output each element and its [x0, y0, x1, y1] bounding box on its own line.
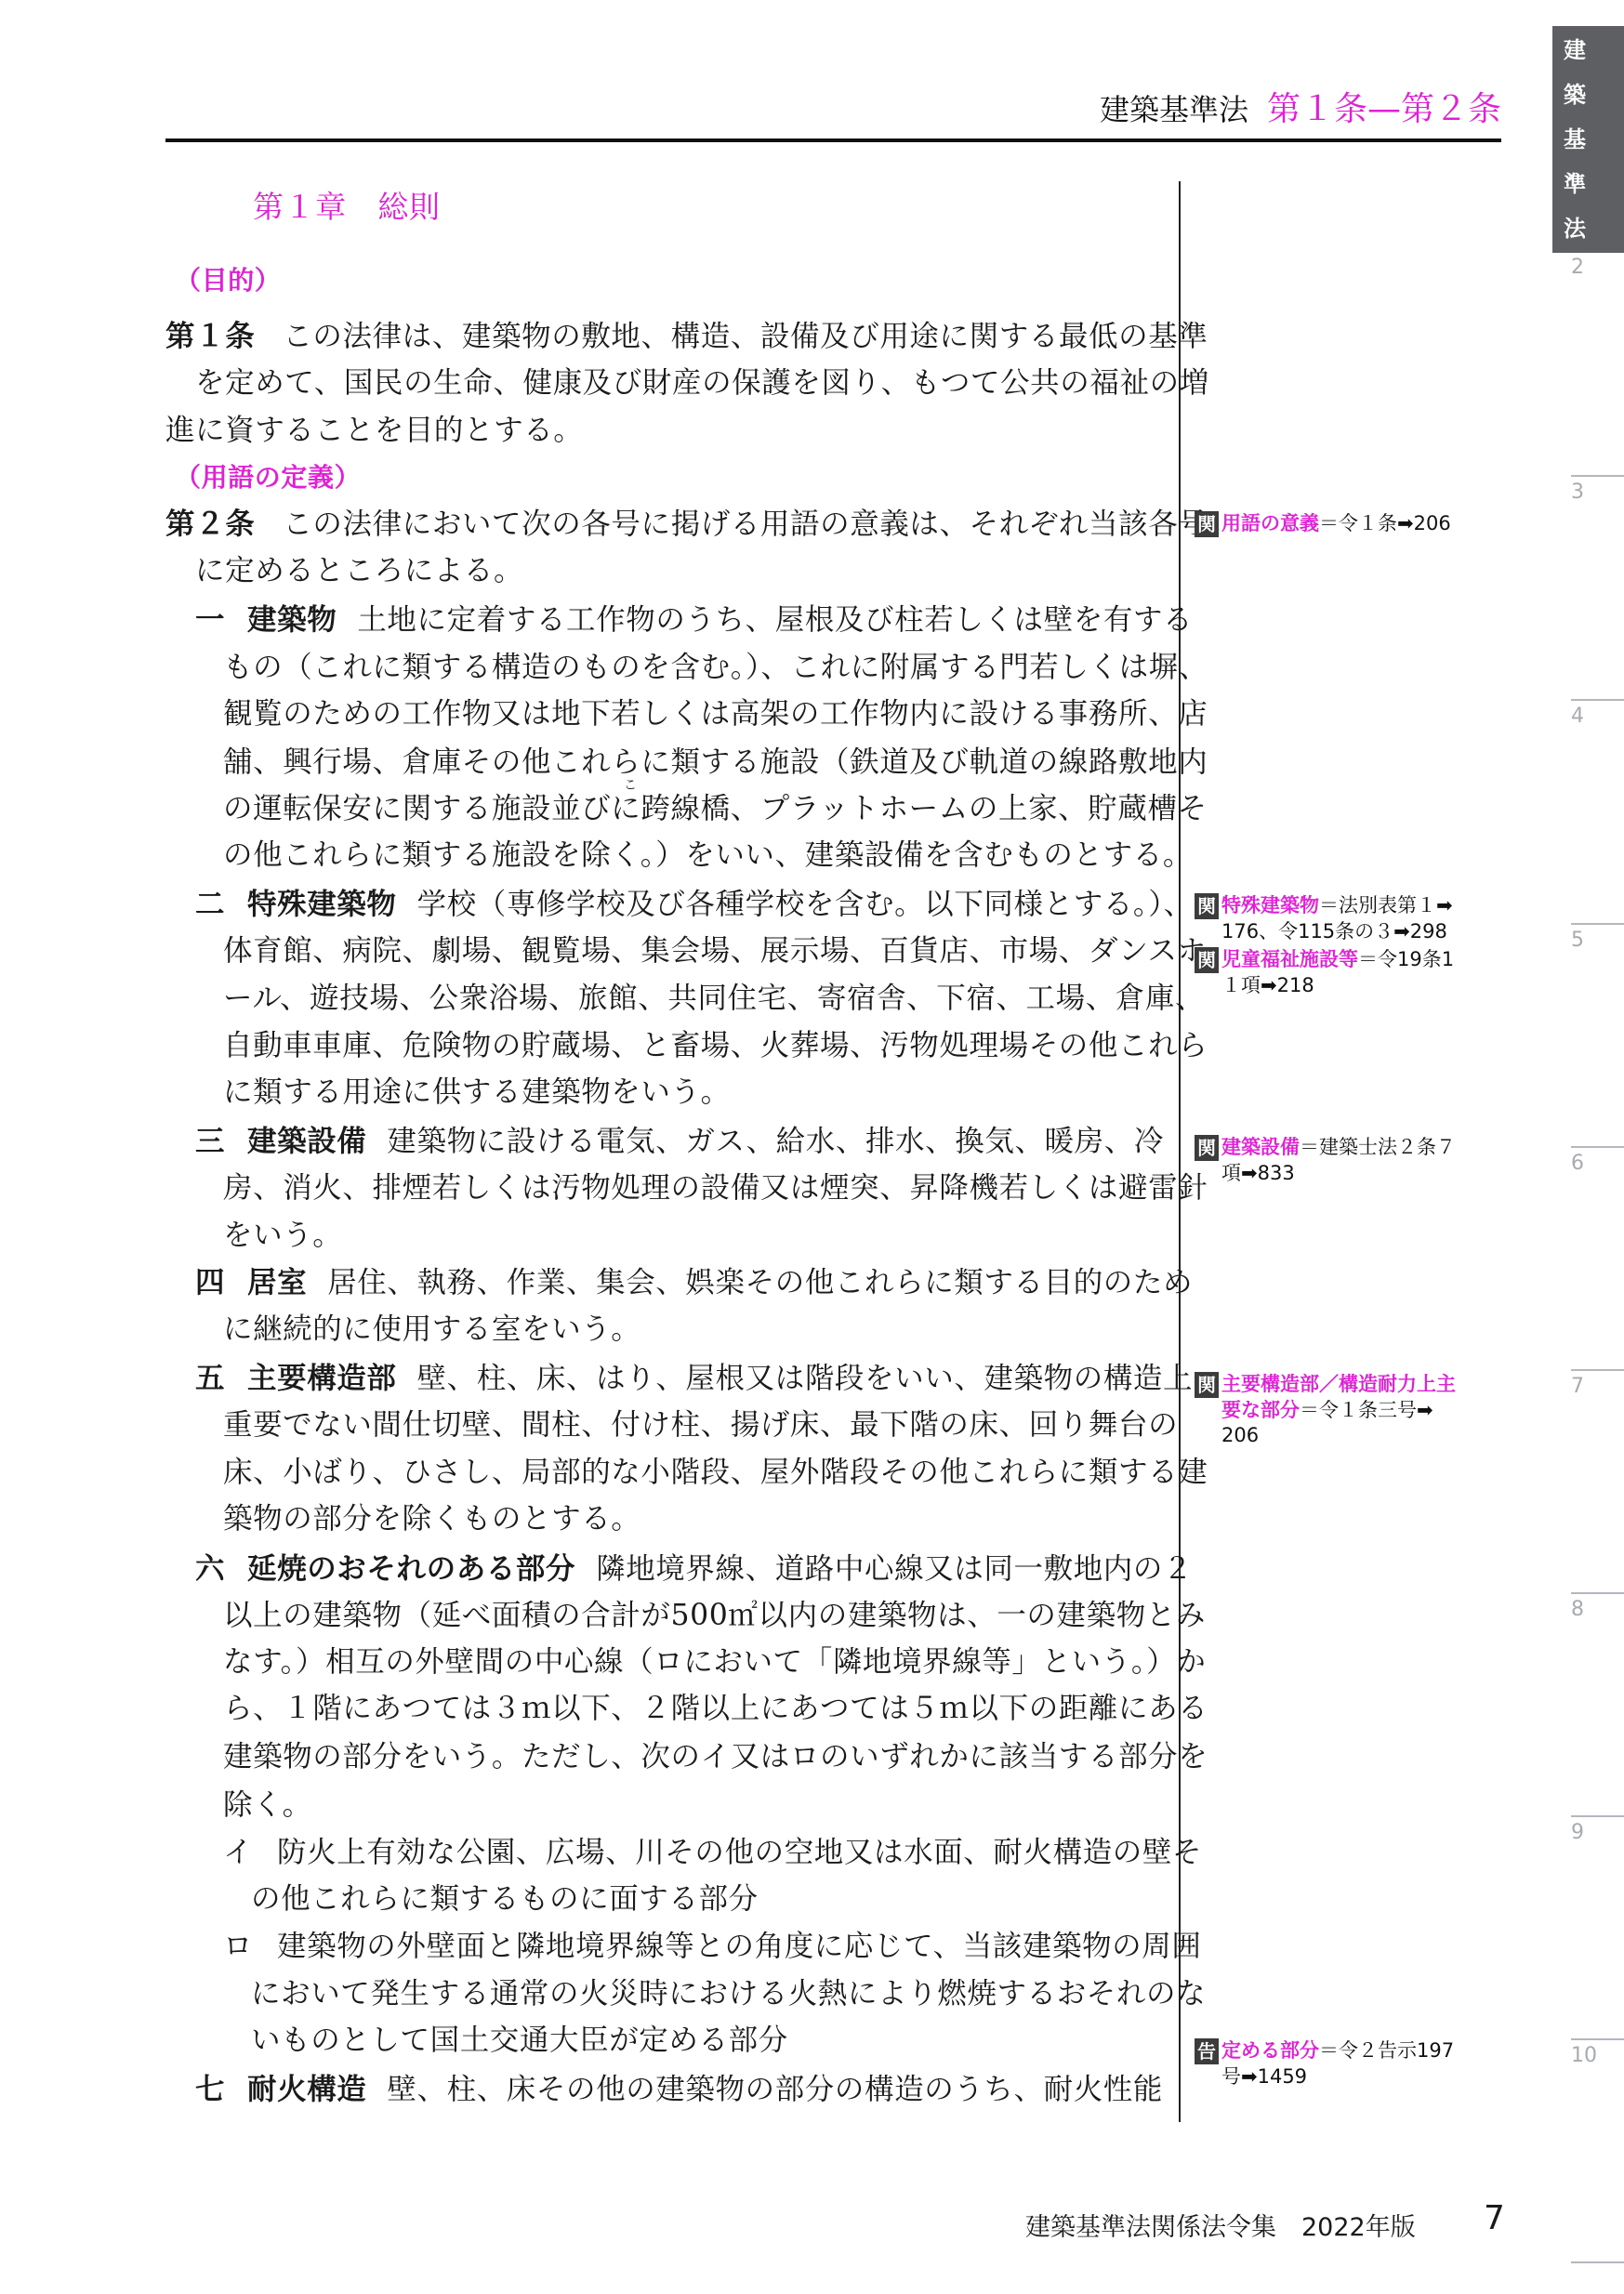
article-caption: （目的） — [175, 262, 281, 299]
margin-note: 関主要構造部／構造耐力上主 要な部分＝令１条三号➡ 206 — [1195, 1372, 1511, 1448]
thumb-index-number: 6 — [1571, 1153, 1584, 1175]
thumb-index-rule — [1571, 923, 1624, 925]
subitem-text: 建築物の外壁面と隣地境界線等との角度に応じて、当該建築物の周囲 — [277, 1930, 1201, 1963]
margin-note: 関児童福祉施設等＝令19条1 １項➡218 — [1195, 947, 1511, 998]
item-text: 学校（専修学校及び各種学校を含む。以下同様とする。）、 — [417, 888, 1194, 921]
thumb-index-rule — [1571, 475, 1624, 477]
item-number: 二 — [195, 886, 247, 923]
item-3-line: 房、消火、排煙若しくは汚物処理の設備又は煙突、昇降機若しくは避雷針 — [223, 1169, 1208, 1206]
thumb-index-rule — [1571, 1146, 1624, 1148]
item-1-line: 舗、興行場、倉庫その他これらに類する施設（鉄道及び軌道の線路敷地内 — [223, 744, 1208, 781]
note-key: 用語の意義 — [1221, 512, 1319, 534]
item-text: 土地に定着する工作物のうち、屋根及び柱若しくは壁を有する — [357, 603, 1193, 637]
item-term: 主要構造部 — [247, 1362, 397, 1395]
item-text: 壁、柱、床、はり、屋根又は階段をいい、建築物の構造上 — [417, 1362, 1194, 1395]
article-number: 第２条 — [165, 508, 255, 541]
related-badge-icon: 関 — [1195, 1135, 1219, 1161]
item-term: 延焼のおそれのある部分 — [247, 1552, 575, 1586]
notice-badge-icon: 告 — [1195, 2038, 1219, 2064]
item-text: 居住、執務、作業、集会、娯楽その他これらに類する目的のため — [327, 1266, 1193, 1299]
item-4-line: 四居室居住、執務、作業、集会、娯楽その他これらに類する目的のため — [195, 1264, 1193, 1301]
margin-note: 関特殊建築物＝法別表第１➡ 176、令115条の３➡298 — [1195, 893, 1511, 944]
chapter-title: 第１章 総則 — [253, 189, 441, 226]
article-1-line: 第１条この法律は、建築物の敷地、構造、設備及び用途に関する最低の基準 — [165, 318, 1208, 355]
item-number: 一 — [195, 601, 247, 639]
note-ref: 176、令115条の３➡298 — [1195, 919, 1511, 944]
footer-book-title: 建築基準法関係法令集 2022年版 — [1025, 2207, 1416, 2243]
subitem-ro-line: いものとして国土交通大臣が定める部分 — [251, 2022, 788, 2059]
item-2-line: に類する用途に供する建築物をいう。 — [223, 1074, 731, 1111]
related-badge-icon: 関 — [1195, 893, 1219, 919]
article-1-line: 進に資することを目的とする。 — [165, 412, 583, 449]
item-7-line: 七耐火構造壁、柱、床その他の建築物の部分の構造のうち、耐火性能 — [195, 2071, 1163, 2108]
note-ref: ＝建築士法２条７ — [1300, 1136, 1456, 1158]
item-5-line: 床、小ばり、ひさし、局部的な小階段、屋外階段その他これらに類する建 — [223, 1454, 1208, 1491]
subitem-number: ロ — [223, 1928, 251, 1965]
note-key: 特殊建築物 — [1221, 894, 1319, 916]
subitem-text: 防火上有効な公園、広場、川その他の空地又は水面、耐火構造の壁そ — [277, 1836, 1202, 1869]
article-caption: （用語の定義） — [175, 459, 361, 496]
item-2-line: 体育館、病院、劇場、観覧場、集会場、展示場、百貨店、市場、ダンスホ — [223, 932, 1208, 969]
item-number: 三 — [195, 1123, 247, 1160]
item-6-line: 除く。 — [223, 1786, 312, 1824]
note-ref: 206 — [1195, 1423, 1511, 1448]
subitem-i-line: の他これらに類するものに面する部分 — [251, 1880, 759, 1918]
thumb-index-number: 2 — [1571, 257, 1584, 279]
item-term: 建築物 — [247, 603, 337, 637]
item-term: 建築設備 — [247, 1125, 366, 1158]
item-2-line: 二特殊建築物学校（専修学校及び各種学校を含む。以下同様とする。）、 — [195, 886, 1194, 923]
item-text: 隣地境界線、道路中心線又は同一敷地内の２ — [596, 1552, 1193, 1586]
item-3-line: 三建築設備建築物に設ける電気、ガス、給水、排水、換気、暖房、冷 — [195, 1123, 1164, 1160]
note-ref: 項➡833 — [1195, 1161, 1511, 1186]
item-2-line: 自動車車庫、危険物の貯蔵場、と畜場、火葬場、汚物処理場その他これら — [223, 1027, 1208, 1064]
item-5-line: 築物の部分を除くものとする。 — [223, 1500, 640, 1537]
subitem-number: イ — [223, 1834, 251, 1871]
article-text: この法律において次の各号に掲げる用語の意義は、それぞれ当該各号 — [283, 508, 1208, 541]
thumb-index-number: 9 — [1571, 1822, 1584, 1844]
related-badge-icon: 関 — [1195, 511, 1219, 537]
article-2-line: 第２条この法律において次の各号に掲げる用語の意義は、それぞれ当該各号 — [165, 506, 1208, 543]
note-ref: ＝令１条三号➡ — [1300, 1399, 1433, 1421]
item-6-line: なす。）相互の外壁間の中心線（ロにおいて「隣地境界線等」という。）か — [223, 1643, 1206, 1681]
running-head-law-name: 建築基準法 — [1100, 92, 1248, 127]
item-number: 五 — [195, 1360, 247, 1397]
margin-note: 関建築設備＝建築士法２条７ 項➡833 — [1195, 1135, 1511, 1186]
note-key: 定める部分 — [1221, 2039, 1319, 2062]
item-1-line: の他これらに類する施設を除く。）をいい、建築設備を含むものとする。 — [223, 837, 1193, 874]
note-ref: ＝法別表第１➡ — [1319, 894, 1453, 916]
item-1-line: 一建築物土地に定着する工作物のうち、屋根及び柱若しくは壁を有する — [195, 601, 1193, 639]
item-6-line: ら、１階にあつては３ｍ以下、２階以上にあつては５ｍ以下の距離にある — [223, 1690, 1208, 1727]
article-text: この法律は、建築物の敷地、構造、設備及び用途に関する最低の基準 — [283, 320, 1208, 353]
item-text: 壁、柱、床その他の建築物の部分の構造のうち、耐火性能 — [387, 2073, 1163, 2106]
thumb-tab-char: 基 — [1564, 126, 1586, 152]
item-6-line: 建築物の部分をいう。ただし、次のイ又はロのいずれかに該当する部分を — [223, 1738, 1208, 1775]
item-text: 建築物に設ける電気、ガス、給水、排水、換気、暖房、冷 — [387, 1125, 1164, 1158]
article-2-line: に定めるところによる。 — [195, 552, 523, 589]
note-ref: ＝令１条➡206 — [1319, 512, 1451, 534]
subitem-i-line: イ防火上有効な公園、広場、川その他の空地又は水面、耐火構造の壁そ — [223, 1834, 1202, 1871]
column-divider — [1179, 181, 1181, 2122]
note-key: 主要構造部／構造耐力上主 — [1221, 1373, 1456, 1395]
thumb-index-number: 7 — [1571, 1376, 1584, 1398]
note-ref: １項➡218 — [1195, 973, 1511, 998]
margin-note: 関用語の意義＝令１条➡206 — [1195, 511, 1511, 537]
item-3-line: をいう。 — [223, 1217, 342, 1254]
thumb-index-number: 5 — [1571, 929, 1584, 952]
note-key: 要な部分 — [1221, 1399, 1300, 1421]
thumb-tab-char: 築 — [1564, 82, 1586, 108]
item-number: 七 — [195, 2071, 247, 2108]
thumb-tab-char: 建 — [1564, 37, 1586, 63]
note-ref: ＝令２告示197 — [1319, 2039, 1454, 2062]
note-key: 児童福祉施設等 — [1221, 948, 1358, 970]
ruby-annotation: こ — [624, 779, 637, 792]
thumb-tab-char: 法 — [1564, 216, 1586, 242]
item-6-line: 六延焼のおそれのある部分隣地境界線、道路中心線又は同一敷地内の２ — [195, 1550, 1193, 1588]
note-key-cont: 要な部分＝令１条三号➡ — [1195, 1398, 1511, 1423]
thumb-index-rule — [1571, 1592, 1624, 1594]
note-ref: ＝令19条1 — [1358, 948, 1454, 970]
item-term: 居室 — [247, 1266, 307, 1299]
thumb-index-number: 10 — [1571, 2045, 1597, 2067]
related-badge-icon: 関 — [1195, 947, 1219, 973]
thumb-index-rule — [1571, 699, 1624, 701]
thumb-index-rule — [1571, 1369, 1624, 1371]
item-term: 耐火構造 — [247, 2073, 366, 2106]
item-number: 六 — [195, 1550, 247, 1588]
header-rule — [165, 138, 1501, 142]
thumb-tab-char: 準 — [1564, 171, 1586, 197]
item-5-line: 五主要構造部壁、柱、床、はり、屋根又は階段をいい、建築物の構造上 — [195, 1360, 1193, 1397]
subitem-ro-line: ロ建築物の外壁面と隣地境界線等との角度に応じて、当該建築物の周囲 — [223, 1928, 1201, 1965]
item-1-line: 観覧のための工作物又は地下若しくは高架の工作物内に設ける事務所、店 — [223, 695, 1208, 732]
article-1-line: を定めて、国民の生命、健康及び財産の保護を図り、もつて公共の福祉の増 — [195, 364, 1209, 402]
thumb-index-number: 4 — [1571, 705, 1584, 728]
item-5-line: 重要でない間仕切壁、間柱、付け柱、揚げ床、最下階の床、回り舞台の — [223, 1406, 1178, 1444]
article-number: 第１条 — [165, 320, 255, 353]
item-4-line: に継続的に使用する室をいう。 — [223, 1311, 640, 1348]
running-head-article-range: 第１条—第２条 — [1267, 90, 1501, 128]
thumb-index-rule — [1571, 2038, 1624, 2040]
item-6-line: 以上の建築物（延べ面積の合計が500㎡以内の建築物は、一の建築物とみ — [223, 1597, 1206, 1634]
item-term: 特殊建築物 — [247, 888, 397, 921]
thumb-index-number: 3 — [1571, 481, 1584, 504]
related-badge-icon: 関 — [1195, 1372, 1219, 1398]
margin-note: 告定める部分＝令２告示197 号➡1459 — [1195, 2038, 1511, 2090]
item-1-line: の運転保安に関する施設並びに跨線橋、プラットホームの上家、貯蔵槽そ — [223, 790, 1208, 827]
item-1-line: もの（これに類する構造のものを含む。）、これに附属する門若しくは塀、 — [223, 649, 1208, 686]
note-ref: 号➡1459 — [1195, 2064, 1511, 2090]
thumb-index-number: 8 — [1571, 1599, 1584, 1621]
item-number: 四 — [195, 1264, 247, 1301]
subitem-ro-line: において発生する通常の火災時における火熱により燃焼するおそれのな — [251, 1975, 1206, 2012]
thumb-index-rule — [1571, 2261, 1624, 2263]
note-key: 建築設備 — [1221, 1136, 1300, 1158]
item-2-line: ール、遊技場、公衆浴場、旅館、共同住宅、寄宿舎、下宿、工場、倉庫、 — [223, 980, 1205, 1017]
thumb-index-rule — [1571, 1815, 1624, 1817]
running-head: 建築基準法第１条—第２条 — [1100, 89, 1501, 130]
page-number: 7 — [1484, 2199, 1505, 2237]
